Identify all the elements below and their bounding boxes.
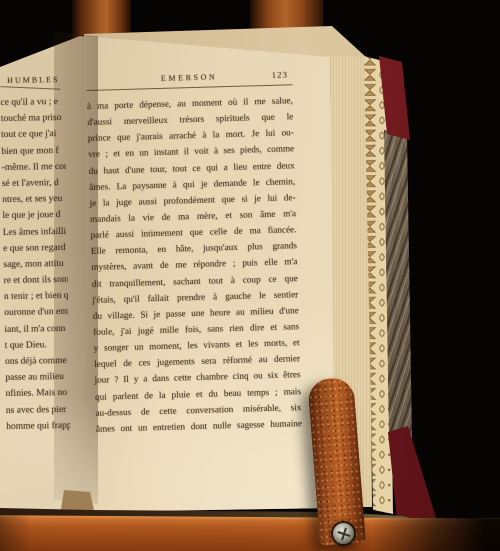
right-page-text: EMERSON 123 à ma porte dépense, au momen… [86,67,302,437]
easel-ledge [0,515,500,551]
page-number: 123 [272,67,289,82]
easel-arm-screw [333,523,354,544]
running-header-right: EMERSON [161,69,218,86]
right-page-lines: à ma porte dépense, au moment où il me s… [87,92,302,437]
book-photo-scene: HUMBLES ce qu'il a vu ; etouché ma priso… [0,0,500,551]
